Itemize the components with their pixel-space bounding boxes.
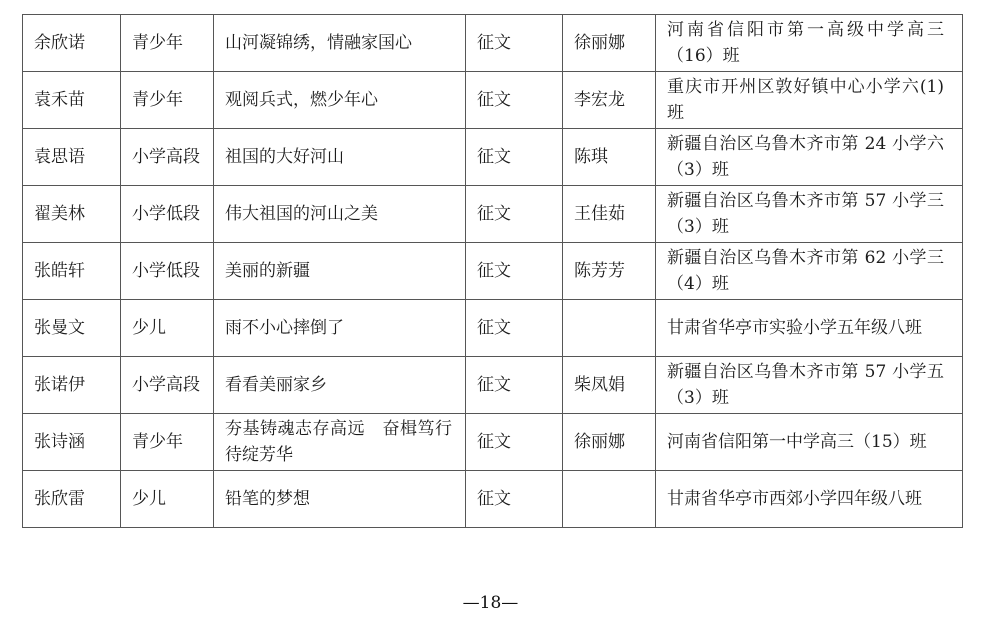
cell-instructor: 徐丽娜 [563,15,656,72]
cell-title: 美丽的新疆 [214,243,466,300]
table-row: 张皓轩小学低段美丽的新疆征文陈芳芳新疆自治区乌鲁木齐市第 62 小学三（4）班 [23,243,963,300]
cell-school: 新疆自治区乌鲁木齐市第 24 小学六（3）班 [656,129,963,186]
table-row: 余欣诺青少年山河凝锦绣，情融家国心征文徐丽娜河南省信阳市第一高级中学高三（16）… [23,15,963,72]
cell-category: 征文 [466,15,563,72]
cell-category: 征文 [466,129,563,186]
cell-group: 少儿 [121,300,214,357]
cell-name: 翟美林 [23,186,121,243]
cell-name: 袁思语 [23,129,121,186]
cell-school: 河南省信阳第一中学高三（15）班 [656,414,963,471]
cell-school: 新疆自治区乌鲁木齐市第 57 小学五（3）班 [656,357,963,414]
cell-title: 观阅兵式，燃少年心 [214,72,466,129]
cell-instructor [563,471,656,528]
cell-title: 看看美丽家乡 [214,357,466,414]
cell-title: 雨不小心摔倒了 [214,300,466,357]
table-row: 张欣雷少儿铅笔的梦想征文甘肃省华亭市西郊小学四年级八班 [23,471,963,528]
cell-instructor: 李宏龙 [563,72,656,129]
cell-instructor: 王佳茹 [563,186,656,243]
table-row: 袁禾苗青少年观阅兵式，燃少年心征文李宏龙重庆市开州区敦好镇中心小学六(1)班 [23,72,963,129]
cell-instructor: 陈芳芳 [563,243,656,300]
awards-table-body: 余欣诺青少年山河凝锦绣，情融家国心征文徐丽娜河南省信阳市第一高级中学高三（16）… [23,15,963,528]
cell-name: 张欣雷 [23,471,121,528]
awards-table: 余欣诺青少年山河凝锦绣，情融家国心征文徐丽娜河南省信阳市第一高级中学高三（16）… [22,14,963,528]
page-number: —18— [0,592,981,614]
cell-group: 小学低段 [121,243,214,300]
cell-title: 铅笔的梦想 [214,471,466,528]
table-row: 张诗涵青少年夯基铸魂志存高远 奋楫笃行待绽芳华征文徐丽娜河南省信阳第一中学高三（… [23,414,963,471]
cell-group: 少儿 [121,471,214,528]
cell-name: 张皓轩 [23,243,121,300]
cell-school: 新疆自治区乌鲁木齐市第 62 小学三（4）班 [656,243,963,300]
cell-category: 征文 [466,471,563,528]
cell-name: 张诗涵 [23,414,121,471]
cell-category: 征文 [466,357,563,414]
cell-instructor [563,300,656,357]
cell-name: 张曼文 [23,300,121,357]
cell-title: 伟大祖国的河山之美 [214,186,466,243]
table-row: 张曼文少儿雨不小心摔倒了征文甘肃省华亭市实验小学五年级八班 [23,300,963,357]
cell-title: 山河凝锦绣，情融家国心 [214,15,466,72]
cell-school: 重庆市开州区敦好镇中心小学六(1)班 [656,72,963,129]
cell-group: 青少年 [121,72,214,129]
cell-category: 征文 [466,300,563,357]
cell-title: 夯基铸魂志存高远 奋楫笃行待绽芳华 [214,414,466,471]
cell-school: 新疆自治区乌鲁木齐市第 57 小学三（3）班 [656,186,963,243]
cell-group: 青少年 [121,414,214,471]
cell-instructor: 柴凤娟 [563,357,656,414]
table-row: 翟美林小学低段伟大祖国的河山之美征文王佳茹新疆自治区乌鲁木齐市第 57 小学三（… [23,186,963,243]
cell-category: 征文 [466,414,563,471]
cell-group: 小学低段 [121,186,214,243]
cell-school: 甘肃省华亭市实验小学五年级八班 [656,300,963,357]
cell-instructor: 陈琪 [563,129,656,186]
cell-category: 征文 [466,186,563,243]
cell-category: 征文 [466,243,563,300]
table-row: 袁思语小学高段祖国的大好河山征文陈琪新疆自治区乌鲁木齐市第 24 小学六（3）班 [23,129,963,186]
cell-title: 祖国的大好河山 [214,129,466,186]
table-row: 张诺伊小学高段看看美丽家乡征文柴凤娟新疆自治区乌鲁木齐市第 57 小学五（3）班 [23,357,963,414]
cell-school: 甘肃省华亭市西郊小学四年级八班 [656,471,963,528]
cell-group: 青少年 [121,15,214,72]
cell-name: 袁禾苗 [23,72,121,129]
cell-instructor: 徐丽娜 [563,414,656,471]
cell-category: 征文 [466,72,563,129]
cell-group: 小学高段 [121,129,214,186]
cell-school: 河南省信阳市第一高级中学高三（16）班 [656,15,963,72]
cell-name: 张诺伊 [23,357,121,414]
cell-group: 小学高段 [121,357,214,414]
cell-name: 余欣诺 [23,15,121,72]
